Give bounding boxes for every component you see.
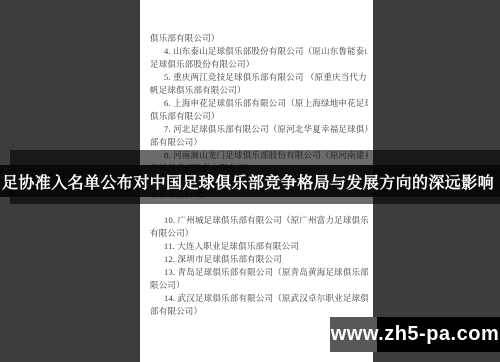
- page-background: 俱乐部有限公司） 4. 山东泰山足球俱乐部股份有限公司（原山东鲁能泰山 足球俱乐…: [0, 0, 500, 362]
- document-line: 4. 山东泰山足球俱乐部股份有限公司（原山东鲁能泰山: [150, 45, 368, 58]
- document-line: 14. 武汉足球俱乐部有限公司（原武汉卓尔职业足球俱乐: [150, 292, 368, 305]
- document-line: 7. 河北足球俱乐部有限公司（原河北华夏幸福足球俱乐: [150, 123, 368, 136]
- watermark-box: www.zh5-pa.com: [330, 317, 500, 352]
- document-line: 限公司）: [150, 279, 368, 292]
- document-line: 12. 深圳市足球俱乐部有限公司: [150, 253, 368, 266]
- document-line: 有限公司）: [150, 227, 368, 240]
- document-line: 帆足球俱乐部有限公司）: [150, 84, 368, 97]
- watermark-text: www.zh5-pa.com: [331, 323, 500, 346]
- document-line: 足球俱乐部股份有限公司）: [150, 58, 368, 71]
- document-line: 俱乐部有限公司）: [150, 110, 368, 123]
- headline-text: 足协准入名单公布对中国足球俱乐部竞争格局与发展方向的深远影响: [0, 170, 494, 193]
- document-line: 11. 大连人职业足球俱乐部有限公司: [150, 240, 368, 253]
- document-line: 13. 青岛足球俱乐部有限公司（原青岛黄海足球俱乐部有: [150, 266, 368, 279]
- document-line: 部有限公司）: [150, 136, 368, 149]
- document-line: 俱乐部有限公司）: [150, 32, 368, 45]
- headline-banner: 足协准入名单公布对中国足球俱乐部竞争格局与发展方向的深远影响: [0, 165, 500, 197]
- document-line: 10. 广州城足球俱乐部有限公司（原广州富力足球俱乐部: [150, 214, 368, 227]
- document-line: 5. 重庆两江竞技足球俱乐部有限公司 （原重庆当代力: [150, 71, 368, 84]
- document-line: 6. 上海申花足球俱乐部有限公司（原上海绿地申花足球: [150, 97, 368, 110]
